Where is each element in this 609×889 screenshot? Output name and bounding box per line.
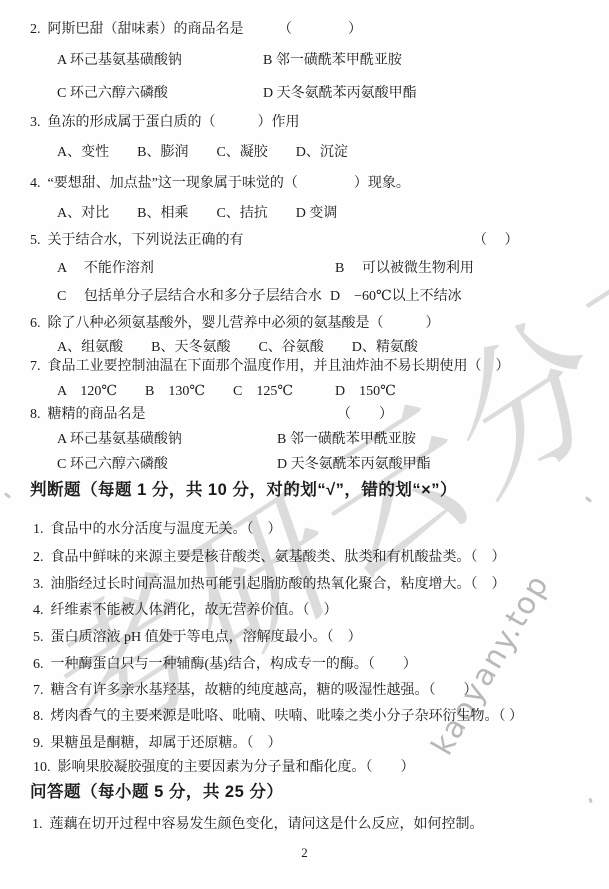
question-3-options: A、变性 B、膨润 C、凝胶 D、沉淀 xyxy=(57,143,348,162)
question-5-option-c: C 包括单分子层结合水和多分子层结合水 xyxy=(57,287,330,306)
question-5-answer-blank: （ ） xyxy=(473,231,519,250)
judgement-item-2: 2. 食品中鲜味的来源主要是核苷酸类、氨基酸类、肽类和有机酸盐类。（ ） xyxy=(33,548,506,567)
judgement-item-3: 3. 油脂经过长时间高温加热可能引起脂肪酸的热氧化聚合，粘度增大。（ ） xyxy=(33,575,506,594)
question-5-option-b: B 可以被微生物利用 xyxy=(335,261,474,276)
question-5-option-a: A 不能作溶剂 xyxy=(57,259,335,278)
question-8-option-c: C 环己六醇六磷酸 xyxy=(57,455,277,474)
question-2-answer-blank: （ ） xyxy=(278,20,362,39)
question-2-option-c: C 环己六醇六磷酸 xyxy=(57,84,263,103)
question-8-options-row-2: C 环己六醇六磷酸D 天冬氨酰苯丙氨酸甲酯 xyxy=(57,455,431,474)
question-2-options-row-2: C 环己六醇六磷酸D 天冬氨酰苯丙氨酸甲酯 xyxy=(57,84,417,103)
exam-page: 考研云分享 kaoyany.top 2. 阿斯巴甜（甜味素）的商品名是 （ ） … xyxy=(0,0,609,889)
judgement-item-6: 6. 一种酶蛋白只与一种辅酶(基)结合，构成专一的酶。（ ） xyxy=(33,655,417,674)
question-5-option-d: D −60℃以上不结冰 xyxy=(330,289,462,304)
essay-question-1: 1. 莲藕在切开过程中容易发生颜色变化，请问这是什么反应，如何控制。 xyxy=(32,815,484,834)
judgement-item-4: 4. 纤维素不能被人体消化，故无营养价值。（ ） xyxy=(33,601,338,620)
question-6-options: A、组氨酸 B、天冬氨酸 C、谷氨酸 D、精氨酸 xyxy=(57,338,418,357)
judgement-item-9: 9. 果糖虽是酮糖，却属于还原糖。（ ） xyxy=(33,734,282,753)
judgement-item-7: 7. 糖含有许多亲水基羟基，故糖的纯度越高，糖的吸湿性越强。（ ） xyxy=(33,681,478,700)
question-2-option-d: D 天冬氨酰苯丙氨酸甲酯 xyxy=(263,86,417,101)
question-7-stem: 7. 食品工业要控制油温在下面那个温度作用，并且油炸油不易长期使用（ ） xyxy=(30,357,510,376)
question-8-stem: 8. 糖精的商品名是 xyxy=(30,405,146,424)
question-2-options-row-1: A 环己基氨基磺酸钠B 邻一磺酰苯甲酰亚胺 xyxy=(57,51,402,70)
question-8-answer-blank: （ ） xyxy=(337,405,393,424)
question-8-option-b: B 邻一磺酰苯甲酰亚胺 xyxy=(277,432,416,447)
judgement-item-5: 5. 蛋白质溶液 pH 值处于等电点，溶解度最小。（ ） xyxy=(33,628,362,647)
question-2-option-a: A 环己基氨基磺酸钠 xyxy=(57,51,263,70)
question-4-stem: 4. “要想甜、加点盐”这一现象属于味觉的（ ）现象。 xyxy=(30,174,410,193)
question-4-options: A、对比 B、相乘 C、拮抗 D 变调 xyxy=(57,204,337,223)
question-8-option-a: A 环己基氨基磺酸钠 xyxy=(57,430,277,449)
question-5-options-row-2: C 包括单分子层结合水和多分子层结合水D −60℃以上不结冰 xyxy=(57,287,462,306)
judgement-section-title: 判断题（每题 1 分，共 10 分，对的划“√”，错的划“×”） xyxy=(30,481,457,500)
question-7-options: A 120℃ B 130℃ C 125℃ D 150℃ xyxy=(57,382,396,401)
judgement-item-1: 1. 食品中的水分活度与温度无关。（ ） xyxy=(33,520,282,539)
question-3-stem: 3. 鱼冻的形成属于蛋白质的（ ）作用 xyxy=(30,113,300,132)
question-6-stem: 6. 除了八种必须氨基酸外，婴儿营养中必须的氨基酸是（ ） xyxy=(30,314,440,333)
page-number: 2 xyxy=(0,843,609,862)
question-2-stem: 2. 阿斯巴甜（甜味素）的商品名是 xyxy=(30,20,244,39)
scan-artifact xyxy=(588,798,593,804)
judgement-item-10: 10. 影响果胶凝胶强度的主要因素为分子量和酯化度。（ ） xyxy=(33,758,415,777)
question-8-option-d: D 天冬氨酰苯丙氨酸甲酯 xyxy=(277,457,431,472)
question-2-option-b: B 邻一磺酰苯甲酰亚胺 xyxy=(263,53,402,68)
judgement-item-8: 8. 烤肉香气的主要来源是吡咯、吡喃、呋喃、吡嗪之类小分子杂环衍生物。（ ） xyxy=(33,707,523,726)
question-5-options-row-1: A 不能作溶剂B 可以被微生物利用 xyxy=(57,259,474,278)
question-5-stem: 5. 关于结合水，下列说法正确的有 xyxy=(30,231,244,250)
essay-section-title: 问答题（每小题 5 分，共 25 分） xyxy=(30,783,283,802)
question-8-options-row-1: A 环己基氨基磺酸钠B 邻一磺酰苯甲酰亚胺 xyxy=(57,430,416,449)
scan-artifact xyxy=(4,492,11,499)
scan-artifact xyxy=(585,496,592,503)
